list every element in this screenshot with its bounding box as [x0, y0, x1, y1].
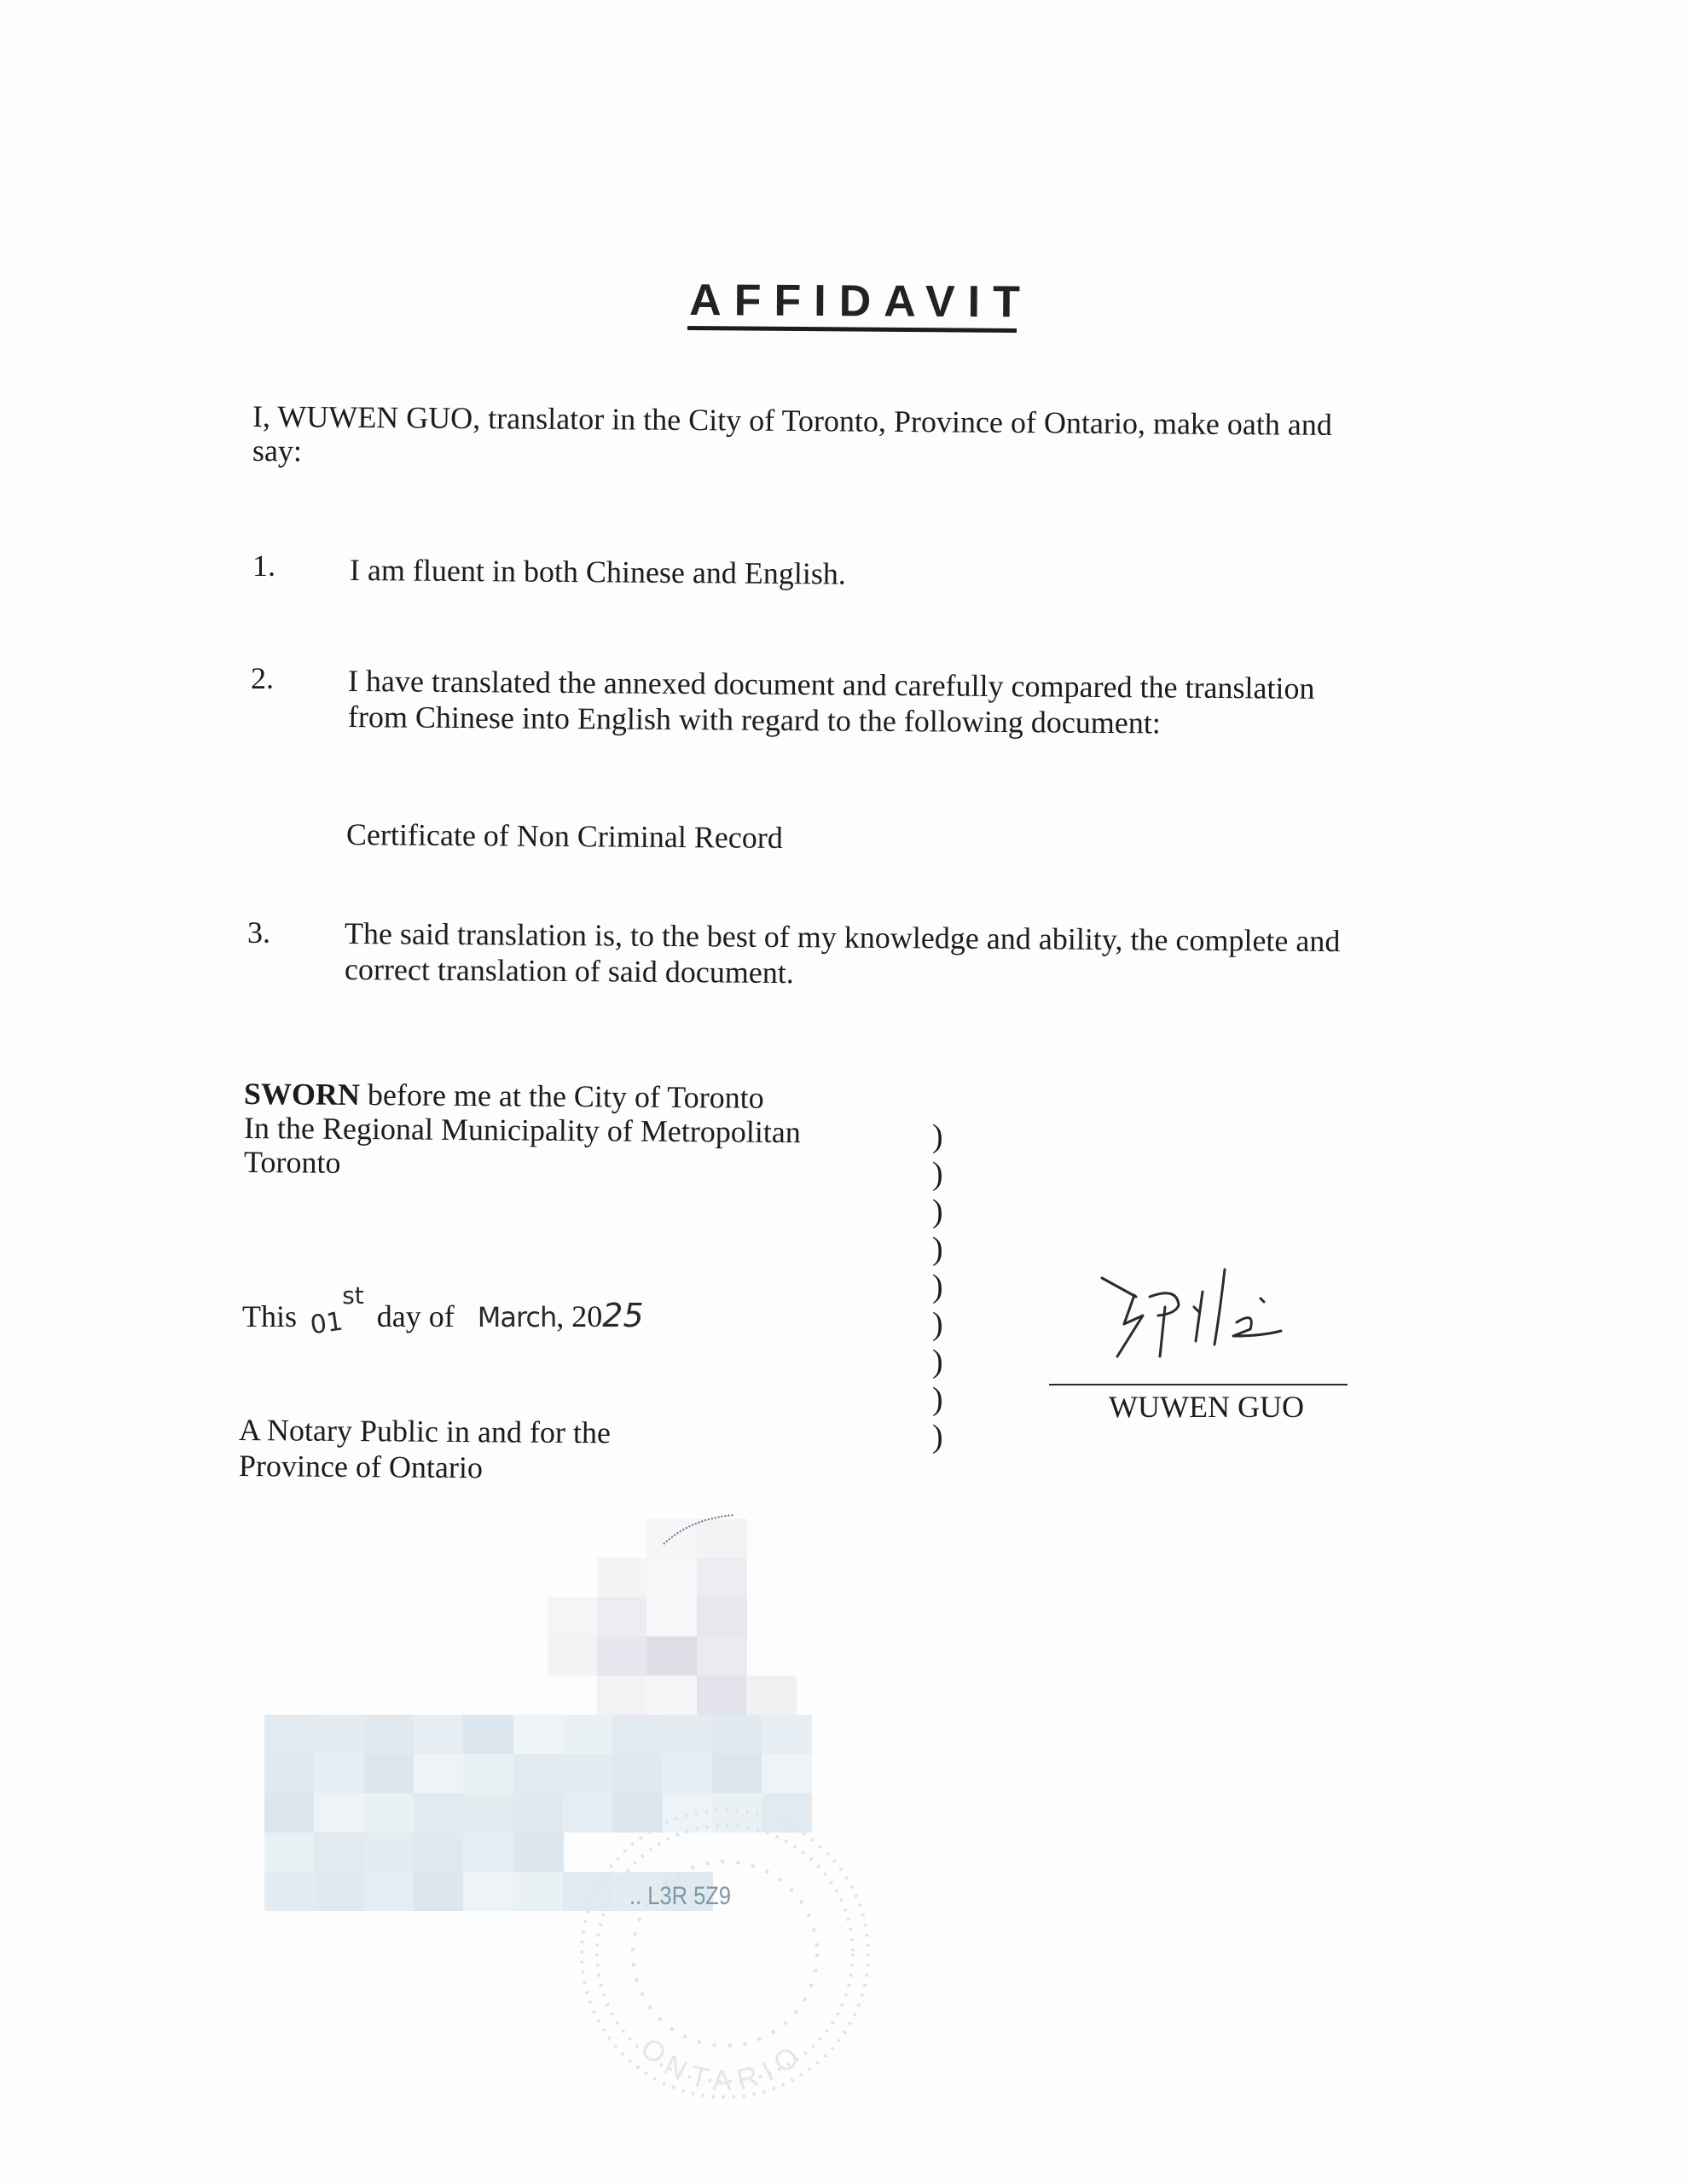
signatory-name: WUWEN GUO: [1109, 1389, 1304, 1425]
redaction-pixel: [463, 1872, 513, 1911]
redaction-pixel: [364, 1715, 415, 1754]
parenthesis-mark: ): [932, 1380, 943, 1418]
intro-line-1: I, WUWEN GUO, translator in the City of …: [252, 399, 1332, 442]
notary-line-1: A Notary Public in and for the: [239, 1413, 611, 1449]
redaction-pixel: [597, 1636, 647, 1676]
handwritten-year: 25: [602, 1297, 643, 1334]
redaction-pixel: [646, 1676, 697, 1715]
redaction-pixel: [364, 1754, 415, 1793]
redaction-pixel: [314, 1754, 364, 1793]
redaction-pixel: [712, 1715, 762, 1754]
item-number-1: 1.: [252, 548, 275, 584]
year-prefix: , 20: [556, 1299, 602, 1333]
redaction-pixel: [548, 1636, 598, 1676]
parenthesis-mark: ): [932, 1268, 943, 1305]
redaction-pixel: [264, 1715, 315, 1754]
redaction-pixel: [563, 1715, 613, 1754]
seal-text: ONTARIO: [635, 2032, 813, 2098]
document-title: AFFIDAVIT: [689, 275, 1033, 328]
redaction-pixel: [513, 1793, 564, 1833]
redaction-pixel: [746, 1676, 797, 1715]
item-1-text: I am fluent in both Chinese and English.: [350, 553, 846, 591]
redaction-pixel: [697, 1597, 747, 1636]
redaction-pixel: [414, 1754, 464, 1793]
redaction-pixel: [314, 1833, 364, 1872]
redaction-pixel: [597, 1676, 647, 1715]
handwritten-day: 01: [309, 1306, 345, 1340]
redaction-pixel: [264, 1872, 315, 1911]
parenthesis-mark: ): [932, 1155, 943, 1193]
redaction-pixel: [697, 1558, 747, 1597]
redaction-pixel: [646, 1636, 697, 1676]
item-3-line-2: correct translation of said document.: [345, 952, 794, 990]
item-2-line-1: I have translated the annexed document a…: [348, 664, 1315, 706]
redaction-pixel: [513, 1872, 564, 1911]
parenthesis-mark: ): [932, 1118, 943, 1155]
redaction-pixel: [264, 1754, 315, 1793]
item-2-line-2: from Chinese into English with regard to…: [348, 700, 1161, 740]
sworn-label: SWORN: [244, 1077, 360, 1112]
date-line: This 01st day of March, 2025: [242, 1293, 644, 1334]
stamp-postal-code: .. L3R 5Z9: [629, 1882, 731, 1911]
redaction-pixel: [264, 1833, 315, 1872]
redaction-pixel: [612, 1715, 663, 1754]
redaction-pixel: [513, 1715, 564, 1754]
redaction-pixel: [712, 1754, 762, 1793]
redaction-pixel: [463, 1715, 513, 1754]
svg-text:ONTARIO: ONTARIO: [635, 2032, 813, 2098]
jurat-line-2: In the Regional Municipality of Metropol…: [244, 1111, 801, 1149]
signature-line: [1049, 1384, 1348, 1385]
redaction-pixel: [364, 1833, 415, 1872]
notary-line-2: Province of Ontario: [239, 1449, 483, 1484]
redaction-pixel: [762, 1715, 812, 1754]
redaction-pixel: [762, 1754, 812, 1793]
signature-icon: [1083, 1263, 1305, 1374]
referenced-document: Certificate of Non Criminal Record: [346, 817, 783, 855]
parenthesis-mark: ): [932, 1343, 943, 1380]
redaction-pixel: [548, 1597, 598, 1636]
redaction-pixel: [414, 1872, 464, 1911]
redaction-pixel: [414, 1715, 464, 1754]
affidavit-page: AFFIDAVIT I, WUWEN GUO, translator in th…: [0, 0, 1687, 2184]
redaction-pixel: [697, 1676, 747, 1715]
redaction-pixel: [314, 1872, 364, 1911]
sworn-rest: before me at the City of Toronto: [360, 1077, 764, 1115]
redaction-pixel: [364, 1872, 415, 1911]
notary-seal-icon: ONTARIO: [563, 1792, 887, 2116]
redaction-pixel: [513, 1833, 564, 1872]
redaction-pixel: [414, 1793, 464, 1833]
redaction-pixel: [697, 1636, 747, 1676]
item-number-3: 3.: [247, 915, 270, 950]
stamp-curve-mark: [657, 1510, 742, 1553]
handwritten-month: March: [478, 1301, 557, 1333]
redaction-pixel: [646, 1597, 697, 1636]
redaction-pixel: [364, 1793, 415, 1833]
redaction-pixel: [597, 1597, 647, 1636]
parenthesis-mark: ): [932, 1418, 943, 1455]
redaction-pixel: [646, 1558, 697, 1597]
redaction-pixel: [314, 1715, 364, 1754]
redaction-pixel: [264, 1793, 315, 1833]
parenthesis-mark: ): [932, 1230, 943, 1268]
parenthesis-mark: ): [932, 1305, 943, 1343]
redaction-pixel: [663, 1715, 713, 1754]
item-number-2: 2.: [251, 660, 274, 696]
redaction-pixel: [463, 1793, 513, 1833]
jurat-line-3: Toronto: [244, 1145, 341, 1180]
redaction-pixel: [414, 1833, 464, 1872]
item-3-line-1: The said translation is, to the best of …: [345, 916, 1341, 958]
date-middle: day of: [377, 1299, 455, 1333]
redaction-pixel: [612, 1754, 663, 1793]
redaction-pixel: [663, 1754, 713, 1793]
redaction-pixel: [597, 1558, 647, 1597]
redaction-pixel: [463, 1754, 513, 1793]
redaction-pixel: [563, 1754, 613, 1793]
redaction-pixel: [314, 1793, 364, 1833]
jurat-line-1: SWORN before me at the City of Toronto: [244, 1077, 764, 1115]
redaction-pixel: [513, 1754, 564, 1793]
date-prefix: This: [242, 1299, 297, 1333]
redaction-pixel: [463, 1833, 513, 1872]
parenthesis-mark: ): [932, 1193, 943, 1230]
handwritten-day-suffix: st: [342, 1281, 364, 1310]
intro-line-2: say:: [252, 433, 302, 468]
